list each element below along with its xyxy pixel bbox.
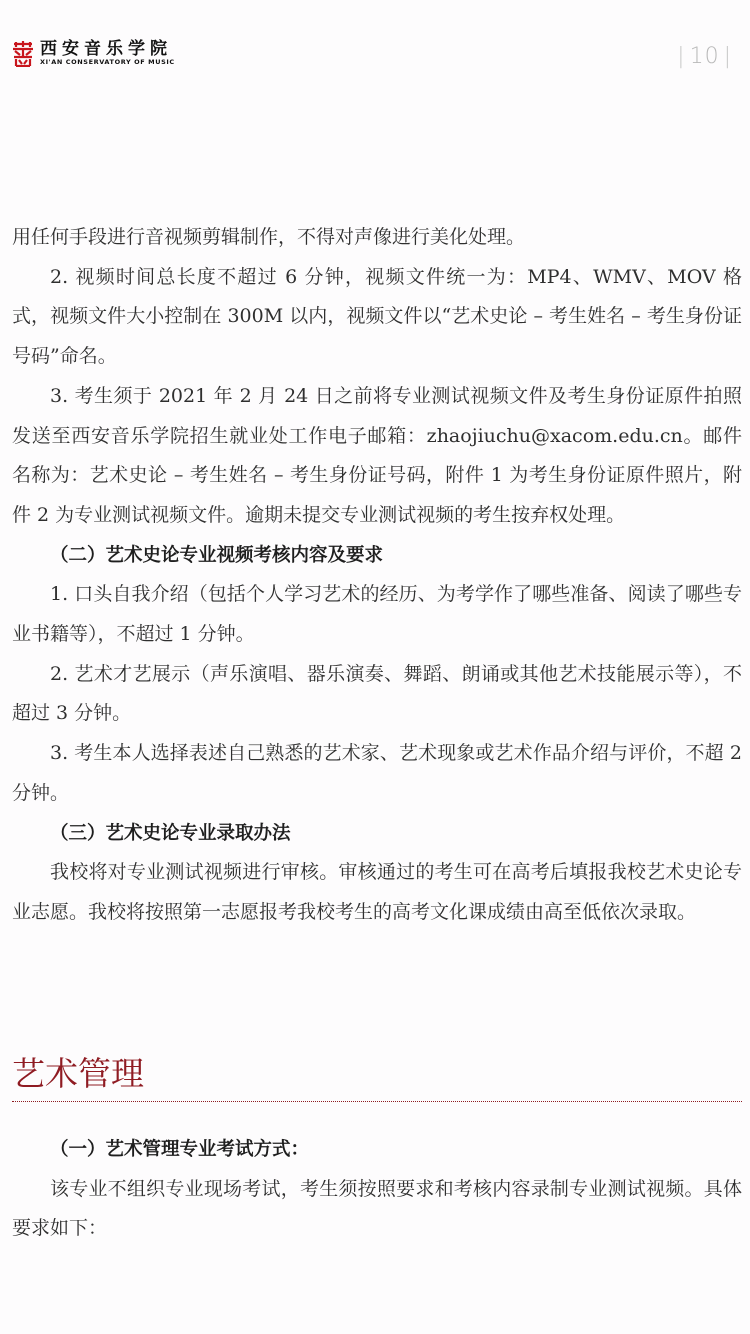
art-management-section: （一）艺术管理专业考试方式： 该专业不组织专业现场考试，考生须按照要求和考核内容… xyxy=(12,1130,742,1249)
dotted-divider xyxy=(12,1101,742,1102)
paragraph-continued: 用任何手段进行音视频剪辑制作，不得对声像进行美化处理。 xyxy=(12,218,742,258)
requirement-3: 3. 考生本人选择表述自己熟悉的艺术家、艺术现象或艺术作品介绍与评价，不超 2 … xyxy=(12,734,742,813)
school-name-en: XI'AN CONSERVATORY OF MUSIC xyxy=(40,58,175,67)
section-title-art-management: 艺术管理 xyxy=(12,1052,144,1096)
admission-paragraph: 我校将对专业测试视频进行审核。审核通过的考生可在高考后填报我校艺术史论专业志愿。… xyxy=(12,853,742,932)
paragraph-item-2: 2. 视频时间总长度不超过 6 分钟，视频文件统一为：MP4、WMV、MOV 格… xyxy=(12,258,742,377)
page-number-value: 10 xyxy=(690,44,720,69)
exam-intro-paragraph: 该专业不组织专业现场考试，考生须按照要求和考核内容录制专业测试视频。具体要求如下… xyxy=(12,1170,742,1249)
school-logo: 西安音乐学院 XI'AN CONSERVATORY OF MUSIC xyxy=(12,40,175,67)
requirement-1: 1. 口头自我介绍（包括个人学习艺术的经历、为考学作了哪些准备、阅读了哪些专业书… xyxy=(12,575,742,654)
requirement-2: 2. 艺术才艺展示（声乐演唱、器乐演奏、舞蹈、朗诵或其他艺术技能展示等），不超过… xyxy=(12,655,742,734)
divider: | xyxy=(677,44,685,69)
subheading-exam-method: （一）艺术管理专业考试方式： xyxy=(12,1130,742,1170)
art-theory-section: 用任何手段进行音视频剪辑制作，不得对声像进行美化处理。 2. 视频时间总长度不超… xyxy=(12,218,742,933)
subheading-admission: （三）艺术史论专业录取办法 xyxy=(12,814,742,854)
divider: | xyxy=(724,44,732,69)
subheading-video-requirements: （二）艺术史论专业视频考核内容及要求 xyxy=(12,536,742,576)
seal-emblem-icon xyxy=(12,41,34,67)
page-header: 西安音乐学院 XI'AN CONSERVATORY OF MUSIC |10| xyxy=(0,0,750,90)
paragraph-item-3: 3. 考生须于 2021 年 2 月 24 日之前将专业测试视频文件及考生身份证… xyxy=(12,377,742,536)
page-number: |10| xyxy=(673,44,736,69)
school-name-cn: 西安音乐学院 xyxy=(40,40,175,58)
